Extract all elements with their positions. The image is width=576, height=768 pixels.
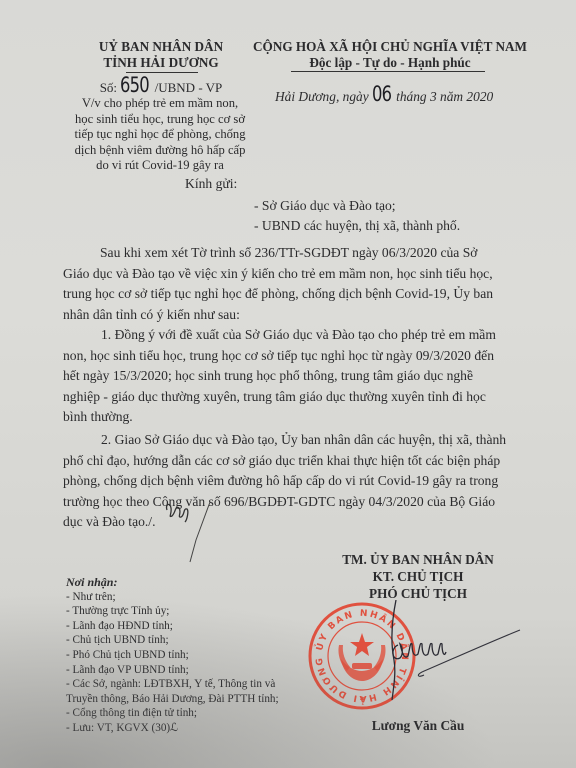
recipient-item: - Lưu: VT, KGVX (30)ℒ — [66, 721, 306, 736]
signature-line2: KT. CHỦ TỊCH — [318, 568, 518, 585]
body-line: phố chỉ đạo, hướng dẫn các cơ sở giáo dụ… — [63, 451, 529, 472]
body-line: nghiệp - giáo dục thường xuyên, trung tâ… — [63, 387, 527, 408]
body-line: Sau khi xem xét Tờ trình số 236/TTr-SGDĐ… — [63, 243, 525, 264]
body-line: trường học theo Công văn số 696/BGDĐT-GD… — [63, 492, 529, 513]
item2-paragraph: 2. Giao Sở Giáo dục và Đào tạo, Ủy ban n… — [63, 430, 529, 533]
handwritten-signature-icon — [380, 600, 530, 710]
subject-line: học sinh tiểu học, trung học cơ sở — [58, 112, 262, 128]
nation-name: CỘNG HOÀ XÃ HỘI CHỦ NGHĨA VIỆT NAM — [240, 39, 540, 55]
body-line: nhân dân tỉnh có ý kiến như sau: — [63, 305, 525, 326]
date-prefix: Hải Dương, ngày — [275, 89, 369, 104]
date-line: Hải Dương, ngày 06 tháng 3 năm 2020 — [275, 82, 545, 106]
intro-paragraph: Sau khi xem xét Tờ trình số 236/TTr-SGDĐ… — [63, 243, 525, 325]
addressee-label: Kính gửi: — [185, 176, 237, 192]
archive-initials-icon: ℒ — [170, 721, 178, 734]
agency-line2: TỈNH HẢI DƯƠNG — [64, 55, 258, 71]
body-line: Giáo dục và Đào tạo về việc xin ý kiến c… — [63, 264, 525, 285]
initials-mark-icon — [160, 500, 220, 570]
recipient-item: Truyền thông, Báo Hải Dương, Đài PTTH tỉ… — [66, 692, 306, 707]
addressee-item: - Sở Giáo dục và Đào tạo; — [254, 196, 460, 216]
recipients-label: Nơi nhận: — [66, 575, 306, 590]
subject-block: V/v cho phép trẻ em mầm non, học sinh ti… — [58, 96, 262, 174]
recipient-item: - Thường trực Tỉnh ủy; — [66, 604, 306, 619]
body-line: hết ngày 15/3/2020; học sinh trung học p… — [63, 366, 527, 387]
agency-line1: UỶ BAN NHÂN DÂN — [64, 39, 258, 55]
addressee-item: - UBND các huyện, thị xã, thành phố. — [254, 216, 460, 236]
recipient-item: - Như trên; — [66, 590, 306, 605]
date-day-handwritten: 06 — [372, 82, 391, 106]
body-line: phòng, chống dịch bệnh viêm đường hô hấp… — [63, 471, 529, 492]
body-line: non, học sinh tiểu học, trung học cơ sở … — [63, 346, 527, 367]
recipients-block: Nơi nhận: - Như trên; - Thường trực Tỉnh… — [66, 575, 306, 736]
signature-title: TM. ỦY BAN NHÂN DÂN KT. CHỦ TỊCH PHÓ CHỦ… — [318, 551, 518, 602]
item1-paragraph: 1. Đồng ý với đề xuất của Sở Giáo dục và… — [63, 325, 527, 428]
recipient-item: - Các Sở, ngành: LĐTBXH, Y tế, Thông tin… — [66, 677, 306, 692]
recipient-item: - Lãnh đạo HĐND tỉnh; — [66, 619, 306, 634]
recipient-archive: - Lưu: VT, KGVX (30) — [66, 722, 170, 734]
national-header: CỘNG HOÀ XÃ HỘI CHỦ NGHĨA VIỆT NAM Độc l… — [240, 39, 540, 71]
recipient-item: - Lãnh đạo VP UBND tỉnh; — [66, 663, 306, 678]
recipient-item: - Chủ tịch UBND tỉnh; — [66, 633, 306, 648]
subject-line: tiếp tục nghỉ học để phòng, chống — [58, 127, 262, 143]
subject-line: dịch bệnh viêm đường hô hấp cấp — [58, 143, 262, 159]
agency-name: UỶ BAN NHÂN DÂN TỈNH HẢI DƯƠNG — [64, 39, 258, 71]
date-suffix: tháng 3 năm 2020 — [396, 89, 493, 104]
number-handwritten: 650 — [120, 76, 149, 94]
recipient-item: - Cổng thông tin điện tử tỉnh; — [66, 706, 306, 721]
signer-name: Lương Văn Cầu — [318, 718, 518, 734]
subject-line: V/v cho phép trẻ em mầm non, — [58, 96, 262, 112]
document-page: UỶ BAN NHÂN DÂN TỈNH HẢI DƯƠNG Số: 650 /… — [0, 0, 576, 768]
number-suffix: /UBND - VP — [155, 80, 223, 95]
motto: Độc lập - Tự do - Hạnh phúc — [240, 55, 540, 71]
body-line: trung học cơ sở tiếp tục nghỉ học để phò… — [63, 284, 525, 305]
body-line: bình thường. — [63, 407, 527, 428]
number-prefix: Số: — [100, 80, 117, 95]
body-line: 2. Giao Sở Giáo dục và Đào tạo, Ủy ban n… — [63, 430, 529, 451]
body-line: dục và Đào tạo./. — [63, 512, 529, 533]
signature-line1: TM. ỦY BAN NHÂN DÂN — [318, 551, 518, 568]
addressee-list: - Sở Giáo dục và Đào tạo; - UBND các huy… — [254, 196, 460, 236]
body-line: 1. Đồng ý với đề xuất của Sở Giáo dục và… — [63, 325, 527, 346]
motto-underline — [291, 71, 485, 72]
document-number: Số: 650 /UBND - VP — [64, 76, 258, 97]
subject-line: do vi rút Covid-19 gây ra — [58, 158, 262, 174]
recipient-item: - Phó Chủ tịch UBND tỉnh; — [66, 648, 306, 663]
